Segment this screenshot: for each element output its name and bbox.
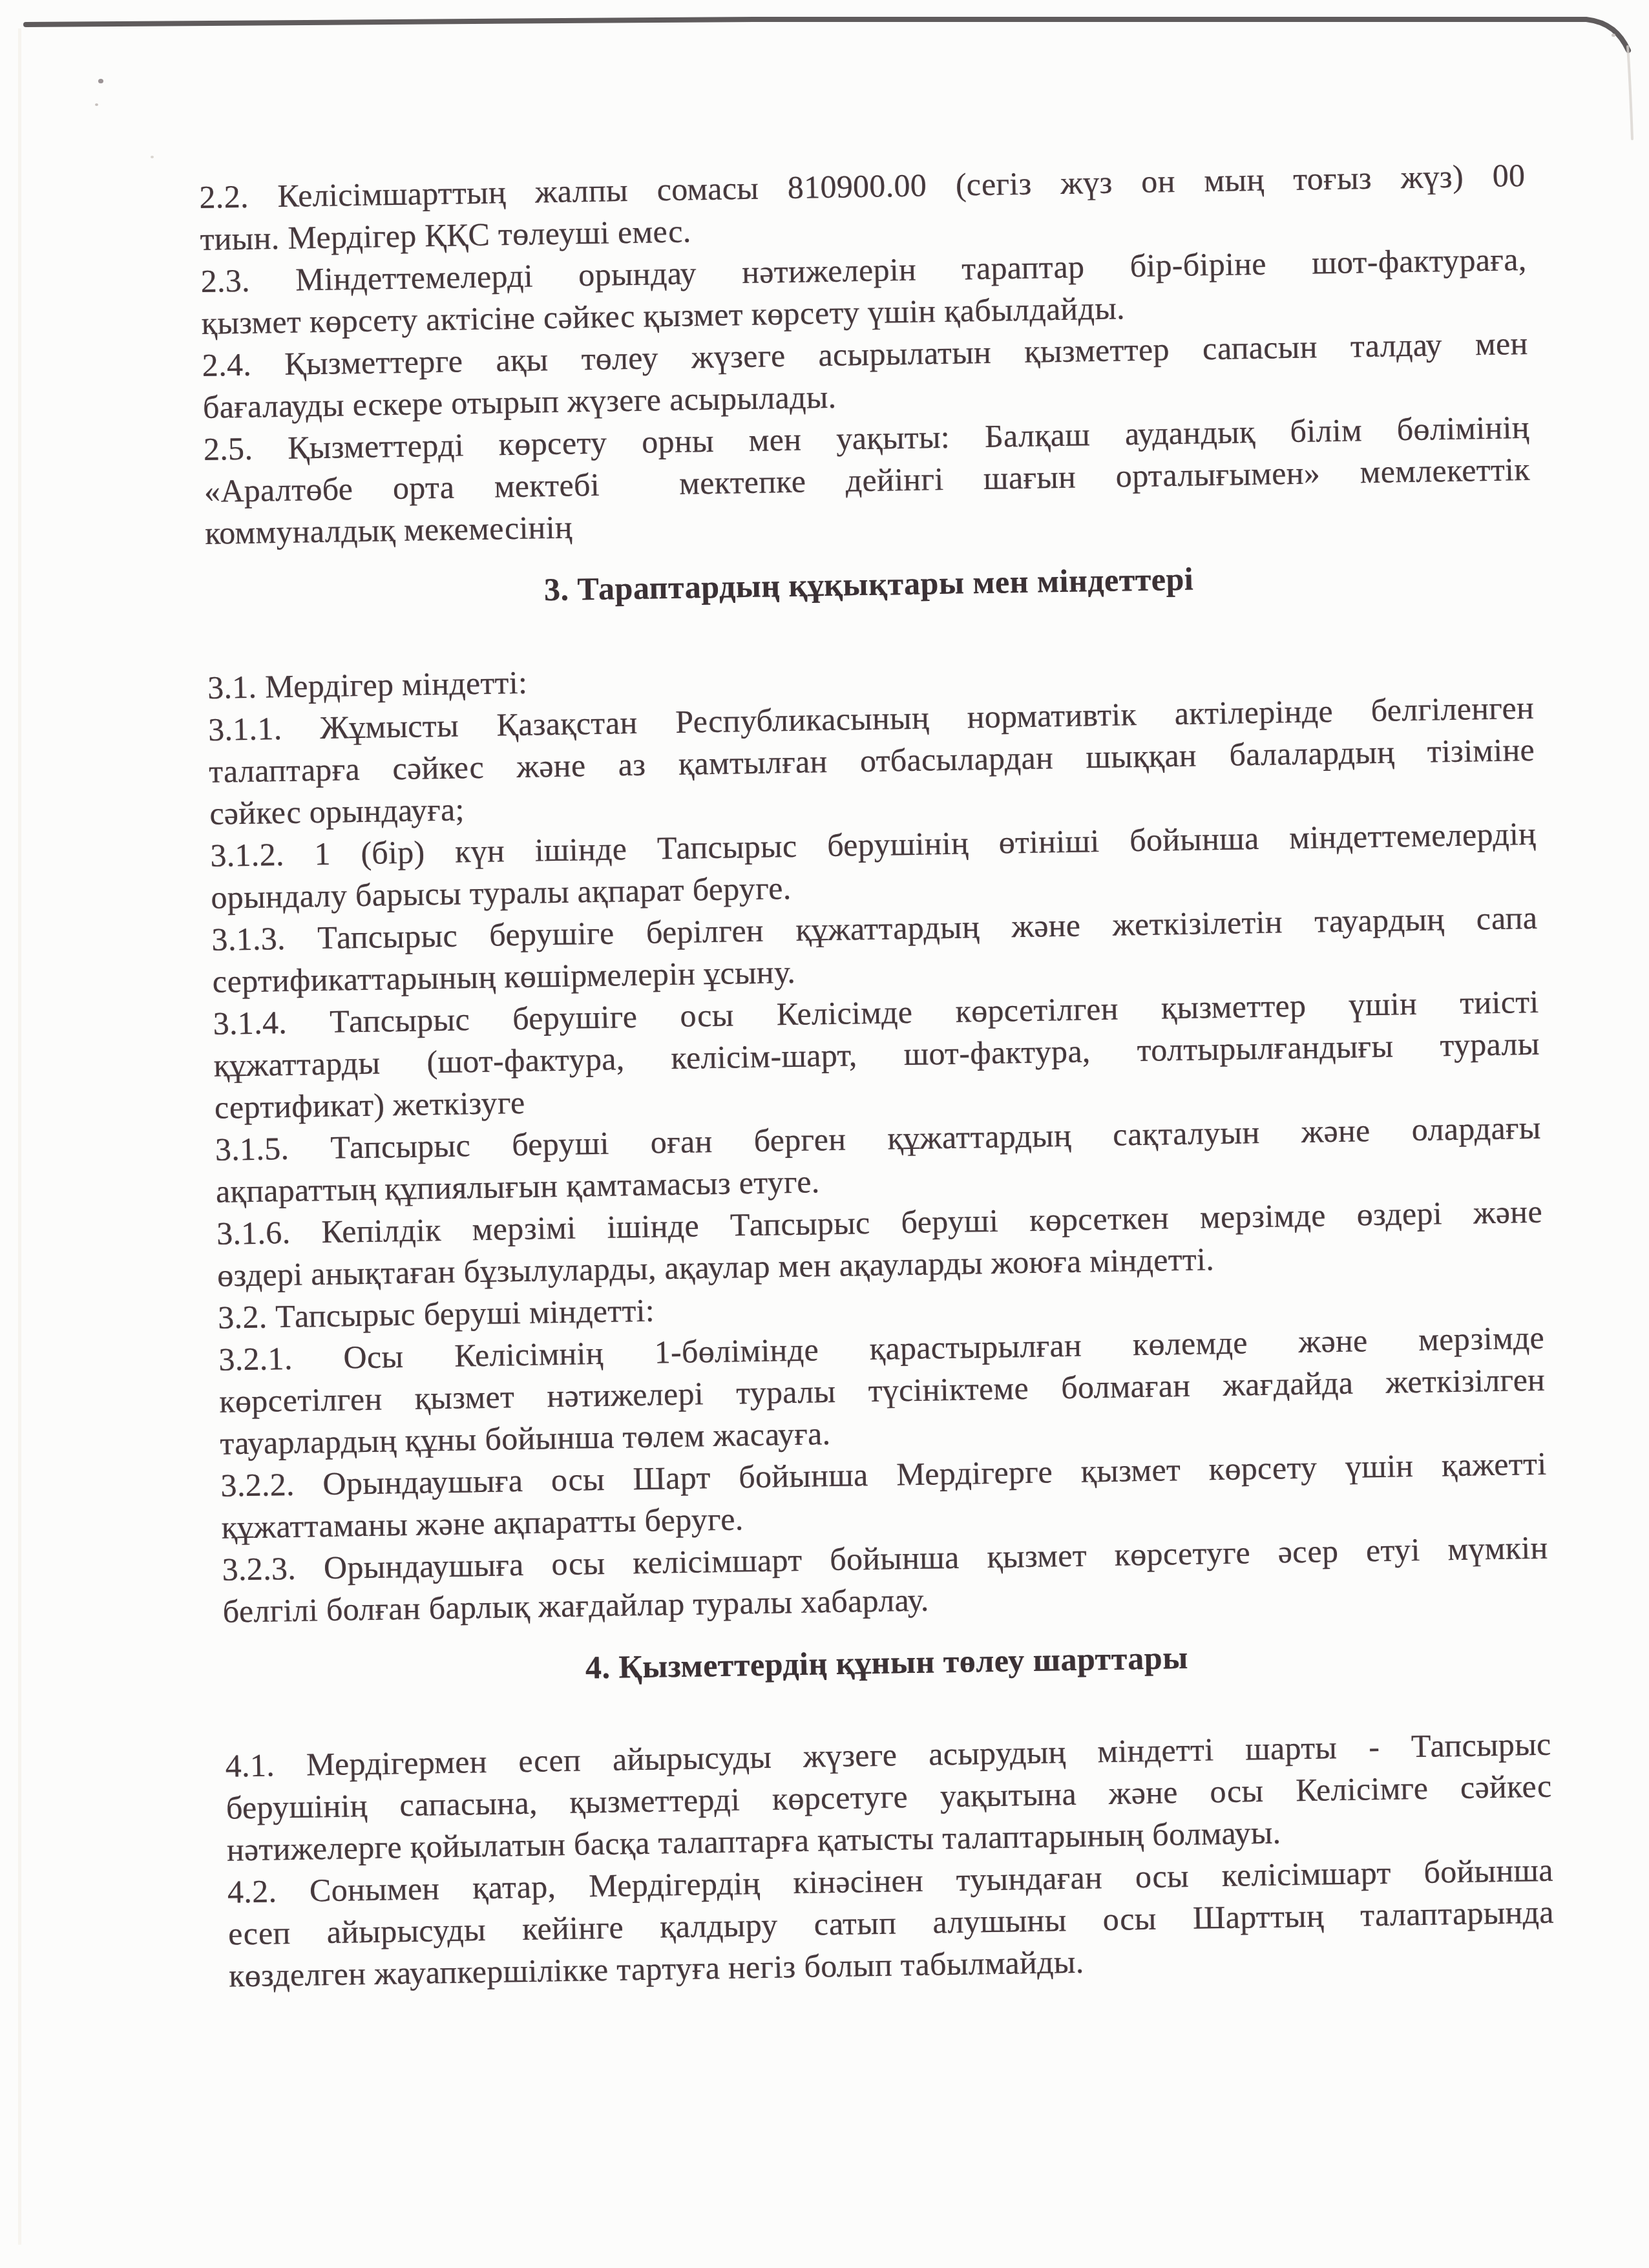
contract-text-block: 2.2. Келісімшарттың жалпы сомасы 810900.…	[199, 154, 1555, 1997]
section-heading: 3. Тараптардың құқықтары мен міндеттері	[205, 552, 1532, 616]
scan-speck	[95, 103, 98, 106]
scan-speck	[151, 156, 154, 158]
section-heading: 4. Қызметтердің құнын төлеу шарттары	[224, 1630, 1550, 1695]
page-left-edge	[18, 28, 21, 2245]
document-page: 2.2. Келісімшарттың жалпы сомасы 810900.…	[0, 0, 1649, 2268]
page-top-edge	[0, 0, 1649, 168]
scan-speck	[98, 79, 103, 83]
scan-speck	[1612, 34, 1615, 37]
